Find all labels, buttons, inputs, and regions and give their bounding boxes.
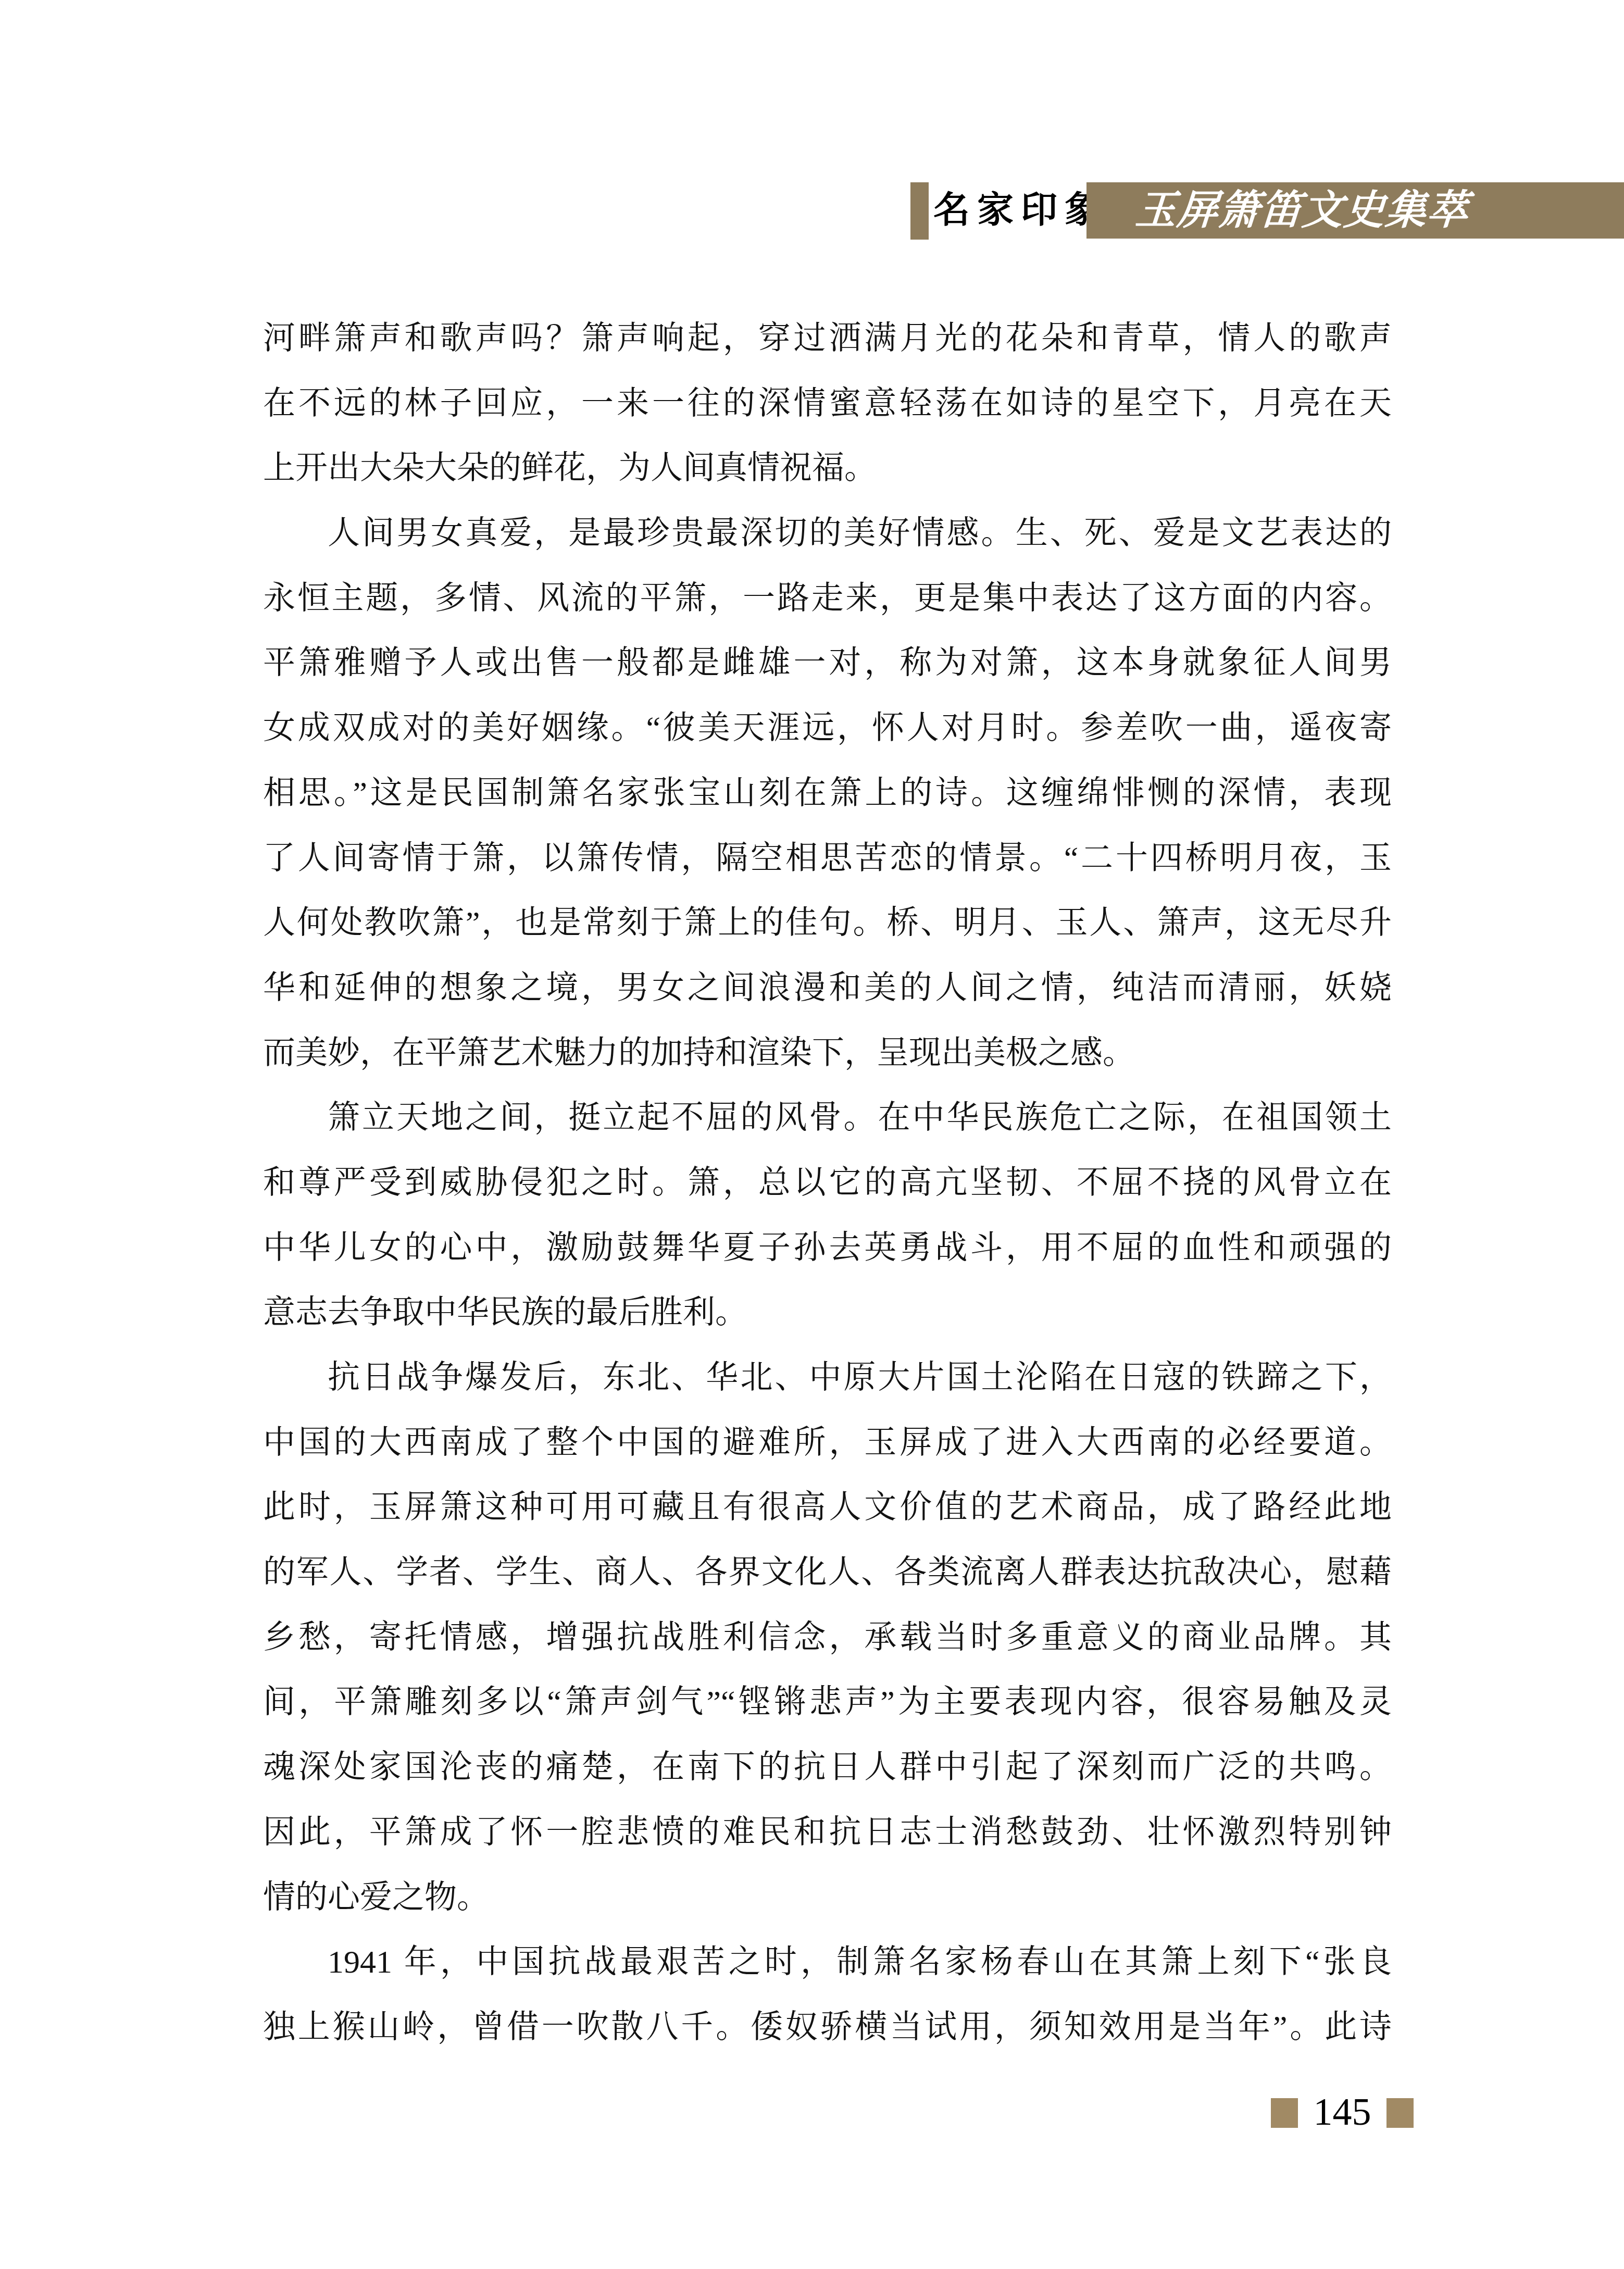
footer-square-left: [1271, 2098, 1298, 2128]
book-page: 名家印象 玉屏箫笛文史集萃 河畔箫声和歌声吗？箫声响起，穿过洒满月光的花朵和青草…: [0, 0, 1624, 2269]
text-line: 间，平箫雕刻多以“箫声剑气”“铿锵悲声”为主要表现内容，很容易触及灵: [263, 1670, 1392, 1735]
text-line: 上开出大朵大朵的鲜花，为人间真情祝福。: [263, 436, 1392, 501]
body-text: 河畔箫声和歌声吗？箫声响起，穿过洒满月光的花朵和青草，情人的歌声 在不远的林子回…: [263, 306, 1392, 2060]
text-line: 人间男女真爱，是最珍贵最深切的美好情感。生、死、爱是文艺表达的: [263, 501, 1392, 566]
text-line: 抗日战争爆发后，东北、华北、中原大片国土沦陷在日寇的铁蹄之下，: [263, 1345, 1392, 1411]
text-line: 魂深处家国沦丧的痛楚，在南下的抗日人群中引起了深刻而广泛的共鸣。: [263, 1735, 1392, 1800]
header-accent-stripe: [910, 182, 929, 240]
text-line: 女成双成对的美好姻缘。“彼美天涯远，怀人对月时。参差吹一曲，遥夜寄: [263, 696, 1392, 761]
banner-calligraphy-title: 玉屏箫笛文史集萃: [1133, 178, 1471, 243]
text-line: 而美妙，在平箫艺术魅力的加持和渲染下，呈现出美极之感。: [263, 1021, 1392, 1086]
text-line: 和尊严受到威胁侵犯之时。箫，总以它的高亢坚韧、不屈不挠的风骨立在: [263, 1151, 1392, 1216]
text-line: 箫立天地之间，挺立起不屈的风骨。在中华民族危亡之际，在祖国领土: [263, 1086, 1392, 1151]
text-line: 因此，平箫成了怀一腔悲愤的难民和抗日志士消愁鼓劲、壮怀激烈特别钟: [263, 1800, 1392, 1865]
text-line: 情的心爱之物。: [263, 1865, 1392, 1930]
text-line: 在不远的林子回应，一来一往的深情蜜意轻荡在如诗的星空下，月亮在天: [263, 371, 1392, 437]
footer-square-right: [1386, 2098, 1414, 2128]
text-line: 华和延伸的想象之境，男女之间浪漫和美的人间之情，纯洁而清丽，妖娆: [263, 956, 1392, 1021]
text-line: 人何处教吹箫”，也是常刻于箫上的佳句。桥、明月、玉人、箫声，这无尽升: [263, 891, 1392, 956]
text-line: 的军人、学者、学生、商人、各界文化人、各类流离人群表达抗敌决心，慰藉: [263, 1540, 1392, 1605]
page-number: 145: [1298, 2095, 1386, 2129]
text-line: 乡愁，寄托情感，增强抗战胜利信念，承载当时多重意义的商业品牌。其: [263, 1605, 1392, 1670]
text-line: 中华儿女的心中，激励鼓舞华夏子孙去英勇战斗，用不屈的血性和顽强的: [263, 1216, 1392, 1281]
text-line: 永恒主题，多情、风流的平箫，一路走来，更是集中表达了这方面的内容。: [263, 566, 1392, 631]
title-banner: 玉屏箫笛文史集萃: [1086, 182, 1624, 239]
text-line: 1941 年，中国抗战最艰苦之时，制箫名家杨春山在其箫上刻下“张良: [263, 1930, 1392, 1995]
text-line: 相思。”这是民国制箫名家张宝山刻在箫上的诗。这缠绵悱恻的深情，表现: [263, 761, 1392, 826]
text-line: 河畔箫声和歌声吗？箫声响起，穿过洒满月光的花朵和青草，情人的歌声: [263, 306, 1392, 371]
text-line: 意志去争取中华民族的最后胜利。: [263, 1280, 1392, 1345]
text-line: 此时，玉屏箫这种可用可藏且有很高人文价值的艺术商品，成了路经此地: [263, 1475, 1392, 1540]
section-label: 名家印象: [933, 182, 1108, 240]
text-line: 了人间寄情于箫，以箫传情，隔空相思苦恋的情景。“二十四桥明月夜，玉: [263, 826, 1392, 891]
text-line: 独上猴山岭，曾借一吹散八千。倭奴骄横当试用，须知效用是当年”。此诗: [263, 1995, 1392, 2060]
text-line: 中国的大西南成了整个中国的避难所，玉屏成了进入大西南的必经要道。: [263, 1411, 1392, 1476]
text-line: 平箫雅赠予人或出售一般都是雌雄一对，称为对箫，这本身就象征人间男: [263, 631, 1392, 696]
